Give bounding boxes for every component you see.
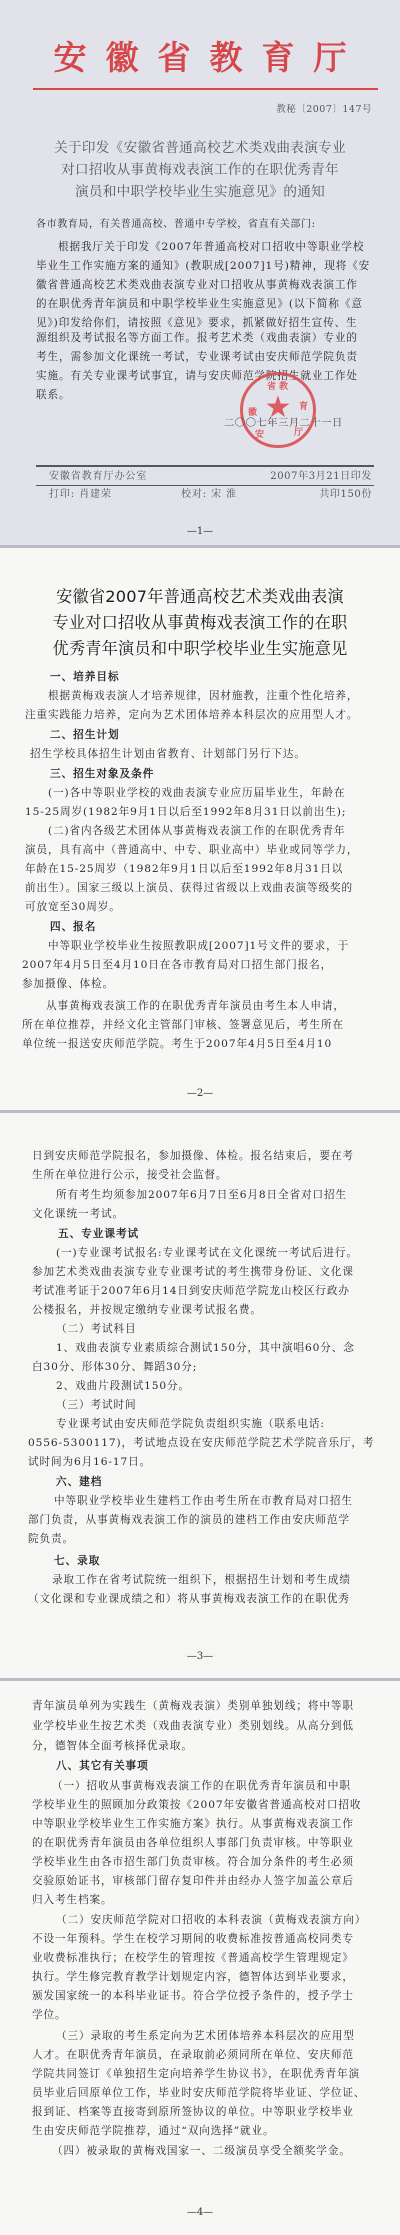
body-line: （二）安庆师范学院对口招收的本科表演（黄梅戏表演方向） — [56, 1913, 366, 1927]
body-line: 部门负责，从事黄梅戏表演工作的演员的建档工作由安庆师范学 — [28, 1513, 350, 1527]
body-line: 归入考生档案。 — [32, 1893, 112, 1907]
body-line: （二）考试科目 — [56, 1322, 136, 1336]
body-line: 的在职优秀青年演员和中职学校毕业生实施意见》(以下简称《意 — [36, 297, 363, 311]
body-line: 执行。学生修完教育教学计划规定内容，德智体达到毕业要求， — [32, 1970, 354, 1984]
body-line: 公楼报名，并按规定缴纳专业课考试报名费。 — [32, 1303, 262, 1317]
body-line: 中等职业学校毕业生建档工作由考生所在市教育局对口招生 — [54, 1494, 353, 1508]
body-line: 实施。有关专业课考试事宜，请与安庆师范学院招生就业工作处 — [36, 369, 358, 383]
body-line: 2、戏曲片段测试150分。 — [56, 1379, 190, 1393]
section-heading: 四、报名 — [50, 920, 96, 934]
body-line: 分，德智体全面考核择优录取。 — [32, 1739, 193, 1753]
body-line: 青年演员单列为实践生（黄梅戏表演）类别单独划线；将中等职 — [32, 1699, 354, 1713]
body-line: 根据黄梅戏表演人才培养规律，因材施教，注重个性化培养， — [48, 689, 358, 703]
body-line: 从事黄梅戏表演工作的在职优秀青年演员由考生本人申请， — [46, 999, 345, 1013]
body-line: 白30分、形体30分、舞蹈30分; — [32, 1360, 197, 1374]
body-line: 考试准考证于2007年6月14日到安庆师范学院龙山校区行政办 — [32, 1284, 350, 1298]
body-line: 人才。在职优秀青年演员，在录取前必须同所在单位、安庆师范 — [32, 2048, 354, 2062]
body-line: 文化课统一考试。 — [32, 1207, 124, 1221]
section-heading: 六、建档 — [56, 1475, 102, 1489]
body-line: （三）考试时间 — [56, 1398, 136, 1412]
footer-typist: 打印: 肖建荣 — [49, 488, 112, 502]
body-line: 交验原始证书，审核部门留存复印件并由经办人签字加盖公章后 — [32, 1874, 354, 1888]
document-number: 教秘〔2007〕147号 — [276, 101, 372, 115]
body-line: 生由安庆师范学院推荐，通过“双向选择”就业。 — [32, 2124, 275, 2138]
body-line: 毕业生工作实施方案的通知》(教职成[2007]1号)精神，现将《安 — [36, 259, 370, 273]
body-line: 生所在单位进行公示，接受社会监督。 — [32, 1168, 227, 1182]
section-heading: 一、培养目标 — [50, 670, 120, 684]
body-line: 15-25周岁(1982年9月1日以后至1992年8月31日以前出生); — [25, 805, 346, 819]
body-line: 学院共同签订《单独招生定向培养学生协议书》，在职优秀青年演 — [32, 2067, 360, 2081]
page-number: —1— — [0, 526, 400, 537]
body-line: 可放宽至30周岁。 — [25, 900, 121, 914]
body-line: 业学校毕业生按艺术类（戏曲表演专业）类别划线。从高分到低 — [32, 1719, 354, 1733]
body-line: （一）招收从事黄梅戏表演工作的在职优秀青年演员和中职 — [52, 1779, 351, 1793]
body-line: 录取工作在省考试院统一组织下，根据招生计划和考生成绩 — [52, 1573, 351, 1587]
page-4-opinion: 青年演员单列为实践生（黄梅戏表演）类别单独划线；将中等职 业学校毕业生按艺术类（… — [0, 1681, 400, 2235]
body-line: 颁发国家统一的本科毕业证书。符合学位授予条件的，授予学士 — [32, 1989, 354, 2003]
body-line: 联系。 — [36, 388, 70, 402]
opinion-title-line-1: 安徽省2007年普通高校艺术类戏曲表演 — [0, 584, 400, 610]
body-line: 演员，具有高中（普通高中、中专、职业高中）毕业或同等学力， — [25, 843, 358, 857]
body-line: 学校毕业生的照顾加分政策按《2007年安徽省普通高校对口招收 — [32, 1798, 361, 1812]
masthead-title: 安徽省教育厅 — [0, 32, 400, 79]
body-line: 2007年4月5日至4月10日在各市教育局对口招生部门报名， — [22, 958, 332, 972]
body-line: （文化课和专业课成绩之和）将从事黄梅戏表演工作的在职优秀 — [28, 1592, 350, 1606]
opinion-title-line-2: 专业对口招收从事黄梅戏表演工作的在职 — [0, 610, 400, 636]
notice-title-line-1: 关于印发《安徽省普通高校艺术类戏曲表演专业 — [0, 137, 400, 159]
salutation: 各市教育局，有关普通高校、普通中专学校，省直有关部门: — [36, 218, 316, 232]
body-line: 考生，需参加文化课统一考试，专业课考试由安庆师范学院负责 — [36, 350, 358, 364]
section-heading: 五、专业课考试 — [58, 1227, 139, 1241]
body-line: 源组织及考试报名等方面工作。报考艺术类（戏曲表演）专业的 — [36, 331, 358, 345]
body-line: 1、戏曲表演专业素质综合测试150分，其中演唱60分、念 — [56, 1341, 355, 1355]
footer-rule-top — [36, 465, 374, 467]
body-line: 中等职业学校毕业生按照教职成[2007]1号文件的要求，于 — [48, 939, 349, 953]
body-line: 年龄在15-25周岁（1982年9月1日以后至1992年8月31日以 — [25, 862, 343, 876]
body-line: 专业课考试由安庆师范学院负责组织实施（联系电话: — [56, 1417, 325, 1431]
body-line: 院负责。 — [28, 1532, 74, 1546]
body-line: 参加艺术类戏曲表演专业专业课考试的考生携带身份证、文化课 — [32, 1265, 354, 1279]
body-line: 见》)印发给你们，请按照《意见》要求，抓紧做好招生宣传、生 — [36, 316, 358, 330]
page-3-opinion: 日到安庆师范学院报名，参加摄像、体检。报名结束后，要在考 生所在单位进行公示，接… — [0, 1113, 400, 1678]
body-line: 招生学校具体招生计划由省教育、计划部门另行下达。 — [30, 747, 306, 761]
body-line: （四）被录取的黄梅戏国家一、二级演员享受全额奖学金。 — [52, 2144, 351, 2158]
body-line: (二)省内各级艺术团体从事黄梅戏表演工作的在职优秀青年 — [48, 824, 345, 838]
body-line: 中等职业学校毕业生工作实施方案》执行。从事黄梅戏表演工作 — [32, 1817, 354, 1831]
body-line: 的在职优秀青年演员由各单位组织人事部门负责审核。中等职业 — [32, 1836, 354, 1850]
body-line: 学位。 — [32, 2008, 66, 2022]
body-line: （三）录取的考生系定向为艺术团体培养本科层次的应用型 — [56, 2029, 355, 2043]
body-line: 日到安庆师范学院报名，参加摄像、体检。报名结束后，要在考 — [32, 1149, 354, 1163]
page-number: —3— — [0, 1651, 400, 1662]
page-number: —2— — [0, 1088, 400, 1099]
body-line: 所在单位推荐，并经文化主管部门审核、签署意见后，考生所在 — [22, 1018, 344, 1032]
page-number: —4— — [0, 2207, 400, 2218]
section-heading: 八、其它有关事项 — [56, 1759, 149, 1773]
footer-office: 安徽省教育厅办公室 — [49, 470, 147, 484]
section-heading: 三、招生对象及条件 — [50, 767, 154, 781]
body-line: (一)各中等职业学校的戏曲表演专业应历届毕业生，年龄在 — [48, 786, 345, 800]
body-line: 员毕业后回原单位工作，毕业时安庆师范学院将毕业证、学位证、 — [32, 2086, 365, 2100]
masthead-red-rule — [33, 88, 378, 90]
body-line: 参加摄像、体检。 — [22, 977, 114, 991]
sign-date: 二〇〇七年三月二十一日 — [224, 416, 343, 430]
page-2-opinion: 安徽省2007年普通高校艺术类戏曲表演 专业对口招收从事黄梅戏表演工作的在职 优… — [0, 548, 400, 1110]
body-line: 前出生）。国家三级以上演员、获得过省级以上戏曲表演等级奖的 — [25, 881, 353, 895]
seal-text: 育 — [299, 399, 308, 412]
seal-text: 省 教 — [267, 379, 288, 392]
footer-copies: 共印150份 — [319, 488, 372, 502]
body-line: 报到证、档案等直接寄到原所签协议的单位。中等职业学校毕业 — [32, 2105, 354, 2119]
body-line: 业收费标准执行；在校学生的管理按《普通高校学生管理规定》 — [32, 1951, 354, 1965]
footer-issue-date: 2007年3月21日印发 — [270, 470, 372, 484]
body-line: 单位统一报送安庆师范学院。考生于2007年4月5日至4月10 — [22, 1037, 332, 1051]
section-heading: 七、录取 — [54, 1554, 100, 1568]
body-line: 0556-5300117)，考试地点设在安庆师范学院艺术学院音乐厅，考 — [28, 1436, 374, 1450]
official-seal: ★ 省 教 徽 育 安 厅 — [240, 372, 316, 448]
body-line: 所有考生均须参加2007年6月7日至6月8日全省对口招生 — [56, 1188, 347, 1202]
notice-title-line-2: 对口招收从事黄梅戏表演工作的在职优秀青年 — [0, 159, 400, 181]
notice-title-line-3: 演员和中职学校毕业生实施意见》的通知 — [0, 181, 400, 203]
body-line: 学校毕业生由各市招生部门负责审核。符合加分条件的考生必须 — [32, 1855, 354, 1869]
footer-proofreader: 校对: 宋 淮 — [181, 488, 237, 502]
body-line: 注重实践能力培养，定向为艺术团体培养本科层次的应用型人才。 — [25, 708, 358, 722]
footer-rule-middle — [36, 485, 374, 486]
page-1-notice: 安徽省教育厅 教秘〔2007〕147号 关于印发《安徽省普通高校艺术类戏曲表演专… — [0, 0, 400, 545]
body-line: 试时间为6月16-17日。 — [28, 1455, 151, 1469]
body-line: 徽省普通高校艺术类戏曲表演专业对口招收从事黄梅戏表演工作 — [36, 278, 358, 292]
opinion-title-line-3: 优秀青年演员和中职学校毕业生实施意见 — [0, 636, 400, 662]
body-line: 不设一年预科。学生在校学习期间的收费标准按普通高校同类专 — [32, 1932, 354, 1946]
section-heading: 二、招生计划 — [50, 728, 120, 742]
body-line: (一)专业课考试报名:专业课考试在文化课统一考试后进行。 — [56, 1246, 358, 1260]
body-line: 根据我厅关于印发《2007年普通高校对口招收中等职业学校 — [58, 240, 364, 254]
